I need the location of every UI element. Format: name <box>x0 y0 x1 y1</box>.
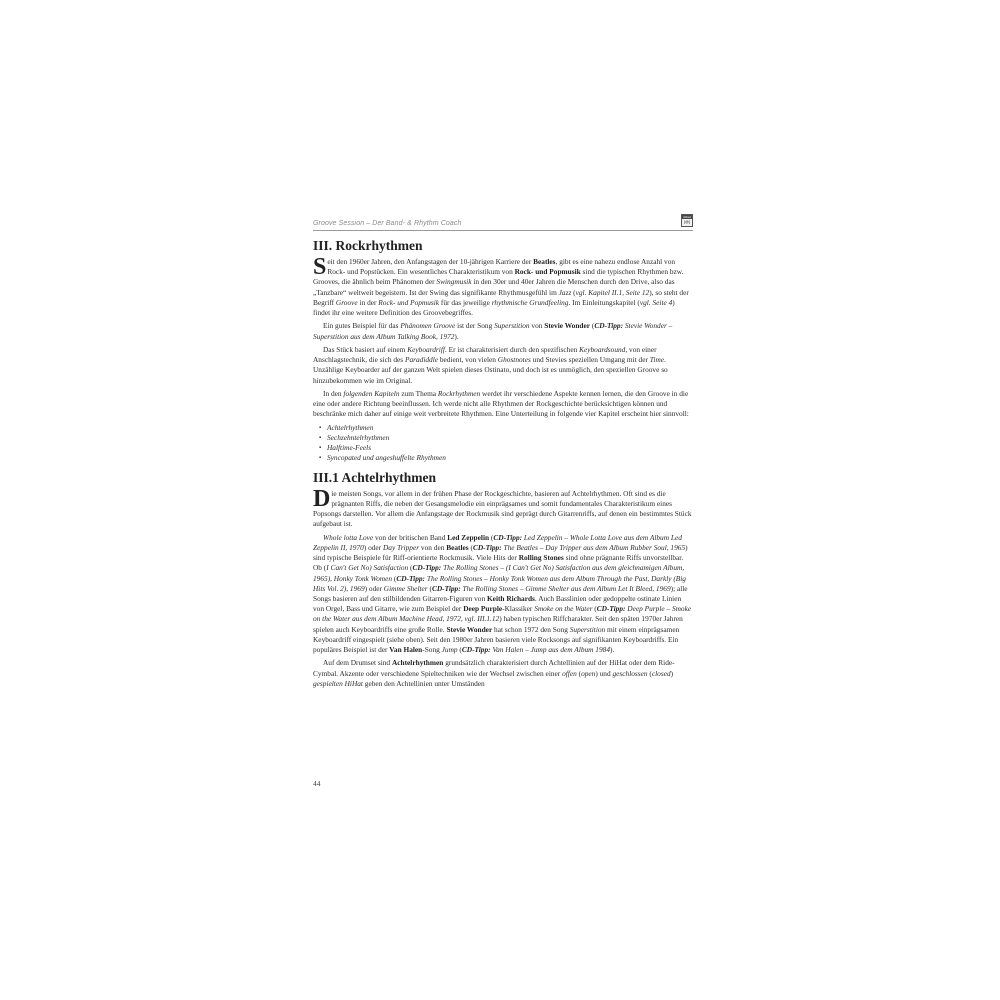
page-number: 44 <box>313 779 321 788</box>
list-item: Syncopated und angeshuffelte Rhythmen <box>327 453 693 463</box>
chapter-list: Achtelrhythmen Sechzehntelrhythmen Halft… <box>313 423 693 463</box>
paragraph: Das Stück basiert auf einem Keyboardriff… <box>313 345 693 386</box>
paragraph: Die meisten Songs, vor allem in der früh… <box>313 489 693 530</box>
section-heading-rockrhythmen: III. Rockrhythmen <box>313 238 693 254</box>
running-title: Groove Session – Der Band- & Rhythm Coac… <box>313 220 461 227</box>
list-item: Halftime-Feels <box>327 443 693 453</box>
book-page: Groove Session – Der Band- & Rhythm Coac… <box>313 214 693 692</box>
paragraph: Ein gutes Beispiel für das Phänomen Groo… <box>313 321 693 341</box>
publisher-logo-icon: Alfred [@] <box>681 214 693 227</box>
list-item: Sechzehntelrhythmen <box>327 433 693 443</box>
section-heading-achtelrhythmen: III.1 Achtelrhythmen <box>313 470 693 486</box>
running-header: Groove Session – Der Band- & Rhythm Coac… <box>313 214 693 231</box>
drop-cap: S <box>313 258 326 276</box>
list-item: Achtelrhythmen <box>327 423 693 433</box>
drop-cap: D <box>313 490 330 508</box>
paragraph: Auf dem Drumset sind Achtelrhythmen grun… <box>313 658 693 689</box>
paragraph: In den folgenden Kapiteln zum Thema Rock… <box>313 389 693 420</box>
paragraph: Whole lotta Love von der britischen Band… <box>313 533 693 655</box>
paragraph: Seit den 1960er Jahren, den Anfangstagen… <box>313 257 693 318</box>
